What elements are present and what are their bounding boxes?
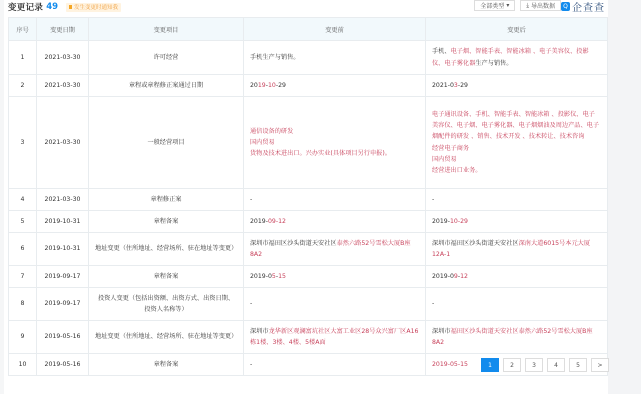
cell-item: 地址变更（住所地址、经营场所、驻在地址等变更）	[89, 321, 244, 354]
unchanged-text: 生产与销售。	[475, 60, 512, 67]
cell-date: 2021-03-30	[37, 97, 89, 189]
page-button-5[interactable]: 5	[569, 358, 587, 372]
cell-item: 许可经营	[89, 41, 244, 75]
changed-text: 09-12	[268, 218, 286, 225]
cell-seq: 4	[9, 189, 37, 211]
cell-date: 2019-09-17	[37, 266, 89, 288]
changed-text: 10-29	[450, 218, 468, 225]
table-row: 52019-10-31章程备案2019-09-122019-10-29	[9, 211, 608, 233]
table-header-row: 序号 变更日期 变更项目 变更前 变更后	[9, 18, 608, 41]
cell-before: -	[244, 288, 426, 321]
unchanged-text: -	[250, 361, 252, 368]
unchanged-text: -29	[276, 82, 286, 89]
cell-after: 深圳市福田区沙头街道天安社区深南大道6015号本元大厦12A-1	[426, 233, 608, 266]
cell-date: 2019-05-16	[37, 354, 89, 376]
page-button-2[interactable]: 2	[503, 358, 521, 372]
cell-after: 深圳市福田区沙头街道天安社区泰然六路52号雪松大厦B座8A2	[426, 321, 608, 354]
cell-before: 2019-05-15	[244, 266, 426, 288]
changed-text: 12	[460, 273, 468, 280]
unchanged-text: -	[250, 300, 252, 307]
cell-item: 一般经营项目	[89, 97, 244, 189]
page-button-3[interactable]: 3	[525, 358, 543, 372]
table-row: 62019-10-31地址变更（住所地址、经营场所、驻在地址等变更）深圳市福田区…	[9, 233, 608, 266]
cell-after: 电子通讯设备、手机、智能手表、智能冰箱 、投影仪、电子美容仪、电子烟、电子雾化器…	[426, 97, 608, 189]
cell-date: 2019-10-31	[37, 233, 89, 266]
unchanged-text: 2019-	[250, 218, 268, 225]
cell-before: 深圳市福田区沙头街道天安社区泰然六路52号雪松大厦B座8A2	[244, 233, 426, 266]
cell-before: -	[244, 354, 426, 376]
record-count: 49	[46, 2, 58, 12]
changed-text: 福田区沙头街道天安社区泰然六路52号雪松大厦B座8A2	[432, 328, 593, 346]
changed-text: 2019-05-15	[432, 361, 468, 368]
cell-after: -	[426, 189, 608, 211]
cell-after: 2019-10-29	[426, 211, 608, 233]
table-row: 42021-03-30章程修正案--	[9, 189, 608, 211]
unchanged-text: -	[432, 300, 434, 307]
cell-seq: 7	[9, 266, 37, 288]
next-page-button[interactable]: >	[591, 358, 609, 372]
type-filter-label: 全部类型	[480, 1, 504, 10]
unchanged-text: -	[432, 196, 434, 203]
unchanged-text: 深圳市	[250, 328, 269, 335]
after-line: 国内贸易	[432, 154, 601, 165]
unchanged-text: 深圳市福田区沙头街道天安社区	[432, 240, 519, 247]
left-gutter	[0, 0, 4, 394]
cell-seq: 1	[9, 41, 37, 75]
col-header-before: 变更前	[244, 18, 426, 41]
changed-text: 19	[258, 82, 266, 89]
cell-seq: 5	[9, 211, 37, 233]
unchanged-text: 2019-	[432, 218, 450, 225]
after-line: 电子通讯设备、手机、智能手表、智能冰箱 、投影仪、电子美容仪、电子烟、电子雾化器…	[432, 109, 601, 143]
cell-after: 2021-03-29	[426, 75, 608, 97]
table-row: 92019-05-16地址变更（住所地址、经营场所、驻在地址等变更）深圳市龙华新…	[9, 321, 608, 354]
unchanged-text: -	[250, 196, 252, 203]
page-button-4[interactable]: 4	[547, 358, 565, 372]
logo-mark-icon: Q	[561, 2, 570, 11]
unchanged-text: 2021-0	[432, 82, 454, 89]
table-row: 12021-03-30许可经营手机生产与销售。手机、电子烟、智能手表、智能冰箱 …	[9, 41, 608, 75]
cell-before: 手机生产与销售。	[244, 41, 426, 75]
cell-before: -	[244, 189, 426, 211]
brand-logo: Q 企查查	[561, 0, 605, 12]
cell-seq: 8	[9, 288, 37, 321]
section-title: 变更记录	[8, 1, 43, 13]
changed-text: 10	[268, 82, 276, 89]
col-header-after: 变更后	[426, 18, 608, 41]
cell-seq: 9	[9, 321, 37, 354]
cell-after: -	[426, 288, 608, 321]
unchanged-text: 20	[250, 82, 258, 89]
table-body: 12021-03-30许可经营手机生产与销售。手机、电子烟、智能手表、智能冰箱 …	[9, 41, 608, 376]
cell-item: 章程备案	[89, 354, 244, 376]
unchanged-text: 2019-0	[250, 273, 272, 280]
cell-date: 2021-03-30	[37, 75, 89, 97]
unchanged-text: 2019-0	[432, 273, 454, 280]
cell-item: 投资人变更（包括出资额、出资方式、出资日期、投资人名称等）	[89, 288, 244, 321]
cell-before: 2019-10-29	[244, 75, 426, 97]
cell-date: 2021-03-30	[37, 41, 89, 75]
changed-text: 龙华新区观澜富坑社区大富工业区28号众兴富厂区A16栋1楼、3楼、4楼、5楼A面	[250, 328, 418, 346]
pagination: 12345>	[481, 358, 609, 372]
unchanged-text: 深圳市福田区沙头街道天安社区	[250, 240, 337, 247]
notify-badge-label: 发生变更时通知我	[74, 3, 118, 11]
cell-item: 章程备案	[89, 211, 244, 233]
cell-before: 深圳市龙华新区观澜富坑社区大富工业区28号众兴富厂区A16栋1楼、3楼、4楼、5…	[244, 321, 426, 354]
unchanged-text: -29	[458, 82, 468, 89]
cell-after: 手机、电子烟、智能手表、智能冰箱 、电子美容仪、投影仪、电子雾化器生产与销售。	[426, 41, 608, 75]
logo-text: 企查查	[572, 0, 605, 14]
before-line: 货物及技术进出口。兴办实业(具体项目另行申报)。	[250, 148, 419, 159]
cell-after: 2019-09-12	[426, 266, 608, 288]
cell-date: 2019-05-16	[37, 321, 89, 354]
before-line: 国内贸易	[250, 137, 419, 148]
cell-item: 章程或章程修正案通过日期	[89, 75, 244, 97]
changed-text: 15	[278, 273, 286, 280]
cell-before: 通信设备的研发国内贸易货物及技术进出口。兴办实业(具体项目另行申报)。	[244, 97, 426, 189]
cell-seq: 3	[9, 97, 37, 189]
cell-seq: 6	[9, 233, 37, 266]
after-line: 经营进出口业务。	[432, 165, 601, 176]
cell-item: 地址变更（住所地址、经营场所、驻在地址等变更）	[89, 233, 244, 266]
table-row: 82019-09-17投资人变更（包括出资额、出资方式、出资日期、投资人名称等）…	[9, 288, 608, 321]
change-records-table: 序号 变更日期 变更项目 变更前 变更后 12021-03-30许可经营手机生产…	[8, 17, 608, 376]
caret-down-icon: ▾	[506, 2, 509, 9]
cell-item: 章程修正案	[89, 189, 244, 211]
col-header-seq: 序号	[9, 18, 37, 41]
cell-before: 2019-09-12	[244, 211, 426, 233]
table-row: 22021-03-30章程或章程修正案通过日期2019-10-292021-03…	[9, 75, 608, 97]
cell-seq: 2	[9, 75, 37, 97]
type-filter-dropdown[interactable]: 全部类型 ▾	[474, 0, 515, 11]
notify-badge[interactable]: 发生变更时通知我	[66, 3, 121, 12]
table-row: 72019-09-17章程备案2019-05-152019-09-12	[9, 266, 608, 288]
cell-item: 章程备案	[89, 266, 244, 288]
right-side-panel	[608, 0, 641, 394]
bell-icon	[69, 5, 72, 9]
unchanged-text: 手机生产与销售。	[250, 54, 300, 61]
toolbar: 全部类型 ▾ ⤓ 导出数据	[474, 0, 561, 11]
col-header-item: 变更项目	[89, 18, 244, 41]
unchanged-text: 手机、	[432, 48, 451, 55]
cell-date: 2019-10-31	[37, 211, 89, 233]
unchanged-text: 深圳市	[432, 328, 451, 335]
export-button[interactable]: ⤓ 导出数据	[520, 0, 561, 11]
col-header-date: 变更日期	[37, 18, 89, 41]
export-label: 导出数据	[531, 1, 555, 10]
cell-date: 2019-09-17	[37, 288, 89, 321]
page-button-1[interactable]: 1	[481, 358, 499, 372]
cell-date: 2021-03-30	[37, 189, 89, 211]
after-line: 经营电子商务	[432, 143, 601, 154]
table-row: 32021-03-30一般经营项目通信设备的研发国内贸易货物及技术进出口。兴办实…	[9, 97, 608, 189]
before-line: 通信设备的研发	[250, 126, 419, 137]
download-icon: ⤓	[526, 2, 529, 10]
cell-seq: 10	[9, 354, 37, 376]
